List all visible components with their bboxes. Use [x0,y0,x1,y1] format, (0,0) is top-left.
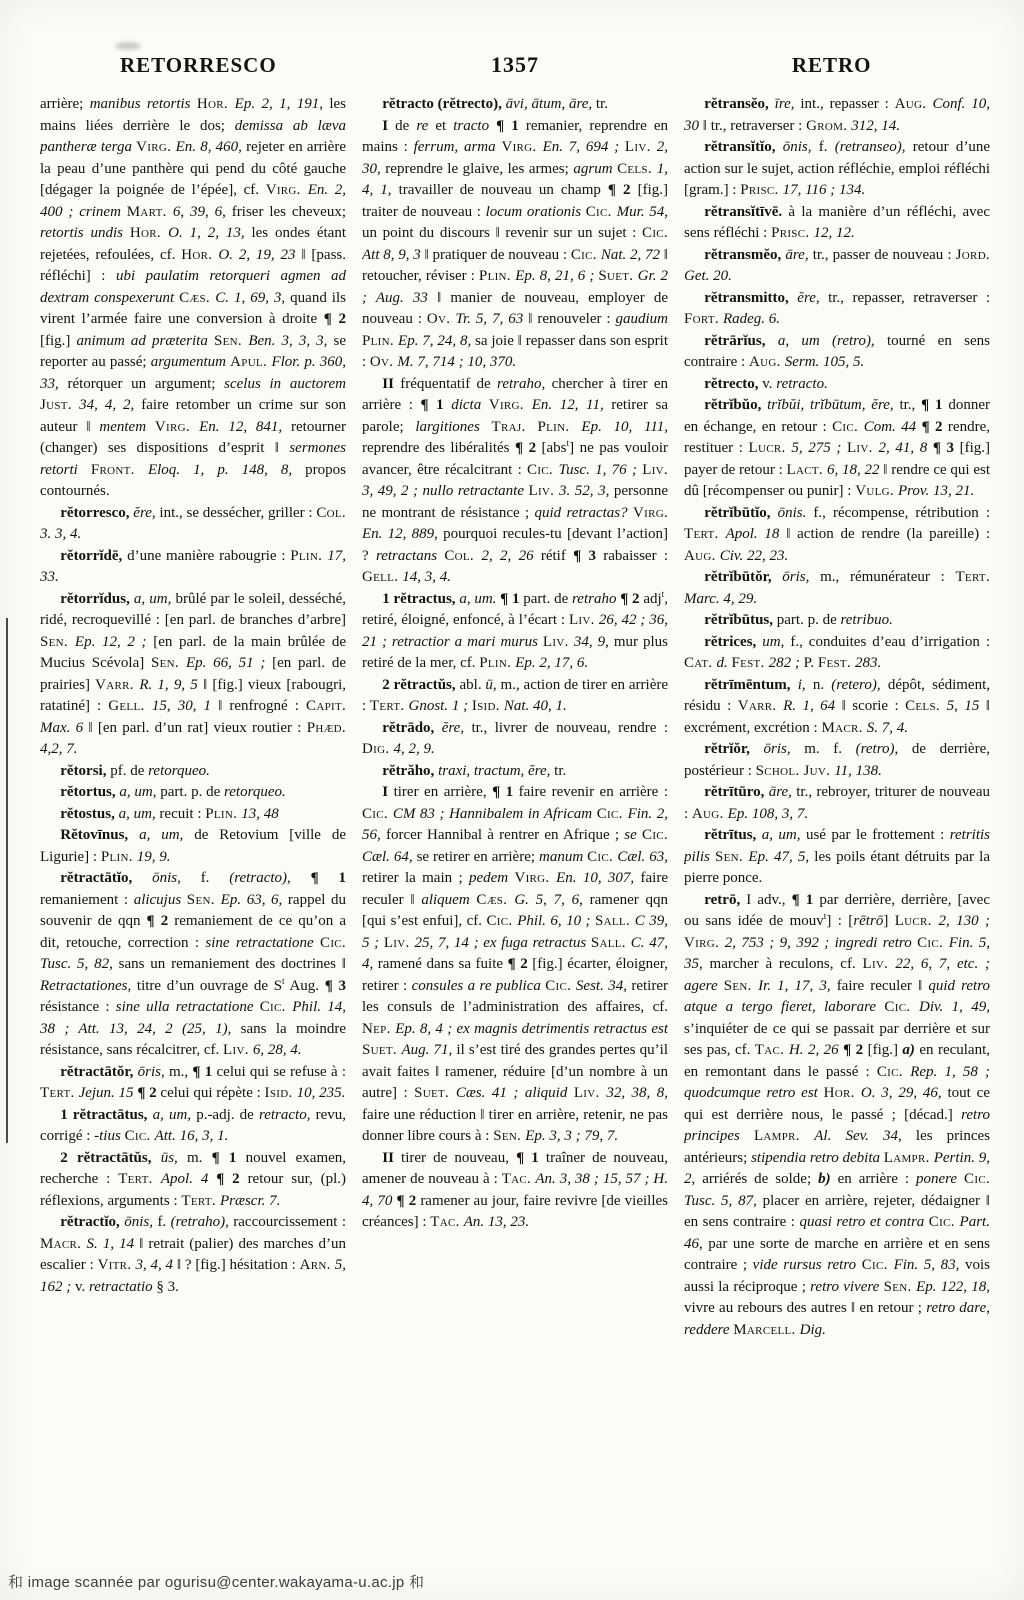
page-number: 1357 [357,52,674,78]
dictionary-entry: rĕtransĕo, īre, int., repasser : Aug. Co… [684,94,990,137]
dictionary-entry: rĕtorrĭdus, a, um, brûlé par le soleil, … [40,589,346,761]
dictionary-entry: rĕtrăho, traxi, tractum, ĕre, tr. [362,761,668,783]
dictionary-entry: rĕtransĭtĭo, ōnis, f. (retranseo), retou… [684,137,990,202]
dictionary-entry: Rĕtovīnus, a, um, de Retovium [ville de … [40,825,346,868]
header-right-guideword: RETRO [673,53,990,78]
dictionary-entry: rĕtorrĭdē, d’une manière rabougrie : Pli… [40,546,346,589]
dictionary-entry: rĕtransmĕo, āre, tr., passer de nouveau … [684,245,990,288]
dictionary-entry: rĕtrādo, ĕre, tr., livrer de nouveau, re… [362,718,668,761]
dictionary-entry: I tirer en arrière, ¶ 1 faire revenir en… [362,782,668,1148]
dictionary-entry: rĕtorsi, pf. de retorqueo. [40,761,346,783]
scanned-dictionary-page: RETORRESCO 1357 RETRO arrière; manibus r… [0,0,1024,1600]
dictionary-entry: I de re et tracto ¶ 1 remanier, reprendr… [362,116,668,374]
dictionary-entry: rĕtransmitto, ĕre, tr., repasser, retrav… [684,288,990,331]
dictionary-entry: II tirer de nouveau, ¶ 1 traîner de nouv… [362,1148,668,1234]
dictionary-entry: rĕtrīmēntum, i, n. (retero), dépôt, sédi… [684,675,990,740]
dictionary-entry: rĕtortus, a, um, part. p. de retorqueo. [40,782,346,804]
dictionary-entry: retrō, I adv., ¶ 1 par derrière, derrièr… [684,890,990,1342]
dictionary-entry: rĕtransĭtīvē. à la manière d’un réfléchi… [684,202,990,245]
dictionary-entry: 2 rĕtractātŭs, ūs, m. ¶ 1 nouvel examen,… [40,1148,346,1213]
dictionary-entry: II fréquentatif de retraho, chercher à t… [362,374,668,589]
scan-credit: 和 image scannée par ogurisu@center.wakay… [8,1571,424,1592]
dictionary-entry: arrière; manibus retortis Hor. Ep. 2, 1,… [40,94,346,503]
dictionary-entry: rĕtrĭbŭo, trĭbŭi, trĭbūtum, ĕre, tr., ¶ … [684,395,990,503]
dictionary-entry: rĕtrītus, a, um, usé par le frottement :… [684,825,990,890]
scan-artifact-edge-line [6,618,8,1143]
dictionary-column-2: rĕtracto (rĕtrecto), āvi, ātum, āre, tr.… [362,94,668,1566]
dictionary-entry: rĕtractātŏr, ōris, m., ¶ 1 celui qui se … [40,1062,346,1105]
dictionary-entry: rĕtrītūro, āre, tr., rebroyer, triturer … [684,782,990,825]
dictionary-entry: 1 rĕtractus, a, um. ¶ 1 part. de retraho… [362,589,668,675]
dictionary-entry: rĕtorresco, ĕre, int., se dessécher, gri… [40,503,346,546]
dictionary-entry: rĕtrices, um, f., conduites d’eau d’irri… [684,632,990,675]
dictionary-entry: rĕtractātĭo, ōnis, f. (retracto), ¶ 1 re… [40,868,346,1062]
header-left-guideword: RETORRESCO [40,53,357,78]
dictionary-entry: rĕtrĭŏr, ōris, m. f. (retro), de derrièr… [684,739,990,782]
text-columns: arrière; manibus retortis Hor. Ep. 2, 1,… [40,94,990,1566]
dictionary-entry: rĕtrĭbūtĭo, ōnis. f., récompense, rétrib… [684,503,990,568]
dictionary-entry: rĕtrĭbūtŏr, ōris, m., rémunérateur : Ter… [684,567,990,610]
dictionary-entry: 1 rĕtractātus, a, um, p.-adj. de retract… [40,1105,346,1148]
dictionary-entry: rĕtractĭo, ōnis, f. (retraho), raccourci… [40,1212,346,1298]
dictionary-entry: 2 rĕtractŭs, abl. ū, m., action de tirer… [362,675,668,718]
dictionary-entry: rĕtrĭbūtus, part. p. de retribuo. [684,610,990,632]
dictionary-column-1: arrière; manibus retortis Hor. Ep. 2, 1,… [40,94,346,1566]
dictionary-entry: rĕtrecto, v. retracto. [684,374,990,396]
running-header: RETORRESCO 1357 RETRO [40,52,990,78]
dictionary-entry: rĕtracto (rĕtrecto), āvi, ātum, āre, tr. [362,94,668,116]
scan-artifact-speck [115,42,141,50]
dictionary-entry: rĕtrārĭus, a, um (retro), tourné en sens… [684,331,990,374]
dictionary-column-3: rĕtransĕo, īre, int., repasser : Aug. Co… [684,94,990,1566]
dictionary-entry: rĕtostus, a, um, recuit : Plin. 13, 48 [40,804,346,826]
